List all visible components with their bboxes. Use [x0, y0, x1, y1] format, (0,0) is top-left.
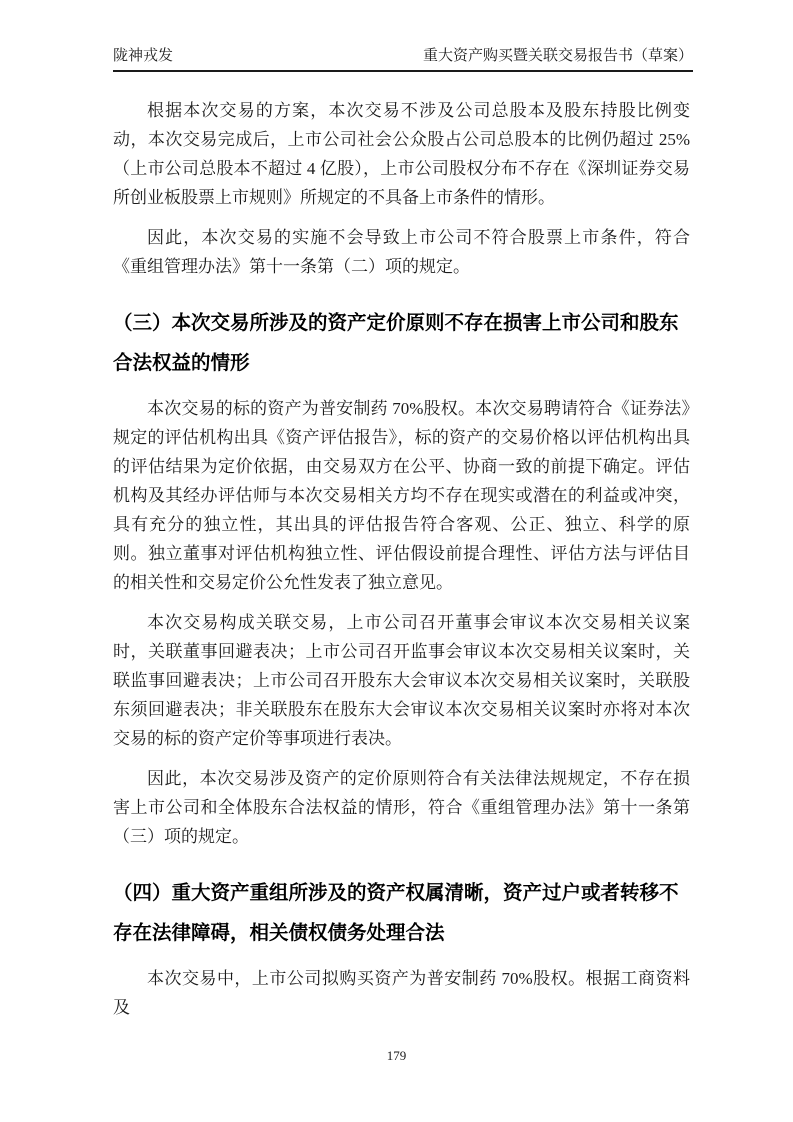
header-company-name: 陇神戎发 [113, 46, 173, 67]
page-header: 陇神戎发 重大资产购买暨关联交易报告书（草案） [113, 0, 693, 72]
page-number: 179 [387, 1048, 407, 1063]
paragraph-conclusion-item-3: 因此，本次交易涉及资产的定价原则符合有关法律法规规定，不存在损害上市公司和全体股… [113, 764, 690, 851]
paragraph-asset-pricing: 本次交易的标的资产为普安制药 70%股权。本次交易聘请符合《证券法》规定的评估机… [113, 394, 690, 597]
section-heading-3: （三）本次交易所涉及的资产定价原则不存在损害上市公司和股东合法权益的情形 [113, 303, 690, 383]
paragraph-share-structure: 根据本次交易的方案，本次交易不涉及公司总股本及股东持股比例变动，本次交易完成后，… [113, 96, 690, 212]
page-footer: 179 [0, 1048, 793, 1064]
paragraph-asset-ownership: 本次交易中，上市公司拟购买资产为普安制药 70%股权。根据工商资料及 [113, 964, 690, 1022]
header-doc-title: 重大资产购买暨关联交易报告书（草案） [423, 46, 693, 67]
document-body: 根据本次交易的方案，本次交易不涉及公司总股本及股东持股比例变动，本次交易完成后，… [113, 72, 690, 1022]
section-heading-4: （四）重大资产重组所涉及的资产权属清晰，资产过户或者转移不存在法律障碍，相关债权… [113, 873, 690, 953]
paragraph-related-party-voting: 本次交易构成关联交易，上市公司召开董事会审议本次交易相关议案时，关联董事回避表决… [113, 608, 690, 753]
document-page: 陇神戎发 重大资产购买暨关联交易报告书（草案） 根据本次交易的方案，本次交易不涉… [0, 0, 793, 1122]
paragraph-conclusion-item-2: 因此，本次交易的实施不会导致上市公司不符合股票上市条件，符合《重组管理办法》第十… [113, 223, 690, 281]
